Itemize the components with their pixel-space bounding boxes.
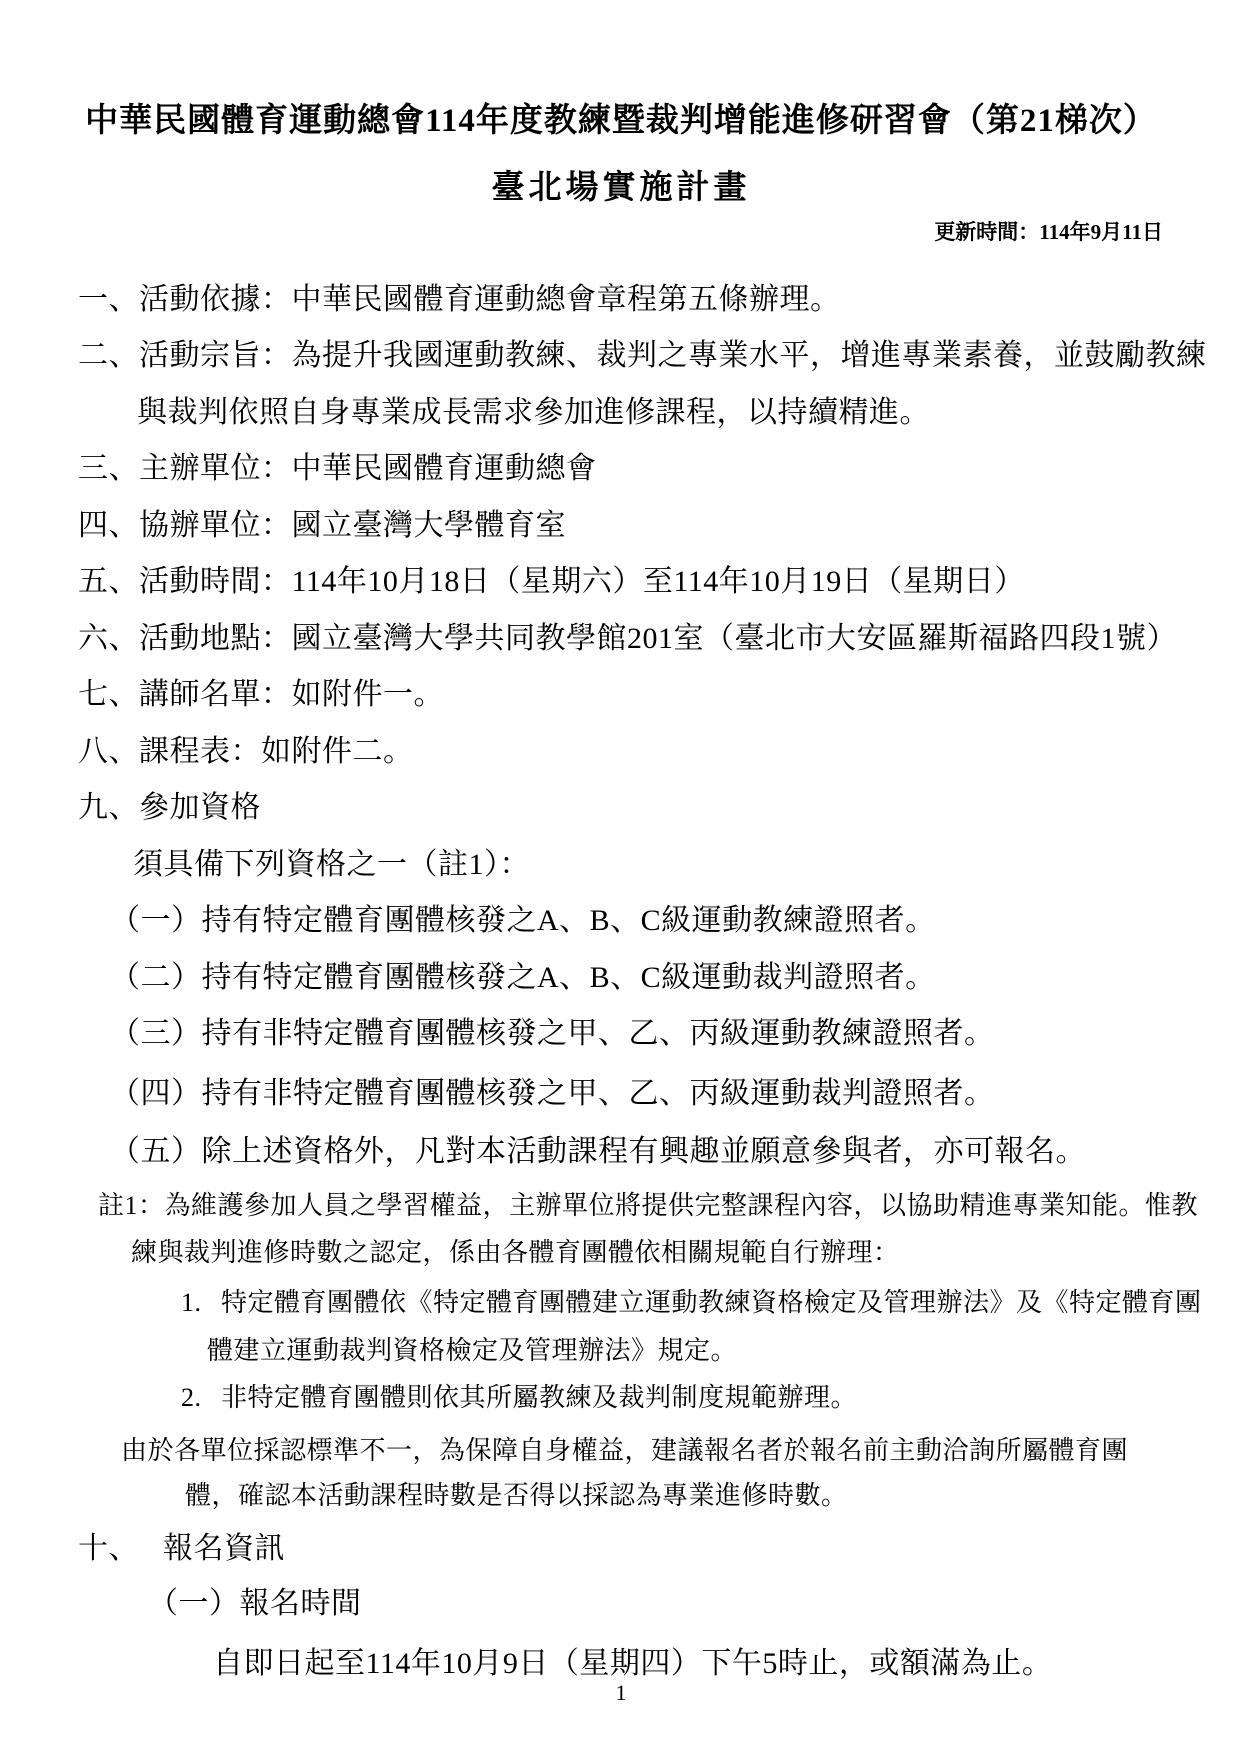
qualification-item-4: （四）持有非特定體育團體核發之甲、乙、丙級運動裁判證照者。	[110, 1075, 995, 1113]
item-9-eligibility: 九、參加資格	[78, 789, 261, 827]
note-1-tail-line1: 由於各單位採認標準不一，為保障自身權益，建議報名者於報名前主動洽詢所屬體育團	[121, 1435, 1128, 1468]
registration-time-heading: （一）報名時間	[148, 1585, 362, 1623]
registration-time-body: 自即日起至114年10月9日（星期四）下午5時止，或額滿為止。	[213, 1645, 1052, 1683]
item-10-text: 報名資訊	[163, 1532, 285, 1565]
note-subitem-2-text: 非特定體育團體則依其所屬教練及裁判制度規範辦理。	[221, 1383, 857, 1412]
item-10-registration-info: 十、報名資訊	[78, 1530, 285, 1568]
qualification-item-3: （三）持有非特定體育團體核發之甲、乙、丙級運動教練證照者。	[110, 1015, 995, 1053]
item-6-event-location: 六、活動地點：國立臺灣大學共同教學館201室（臺北市大安區羅斯福路四段1號）	[78, 620, 1177, 658]
note-subitem-2-number: 2.	[181, 1382, 221, 1415]
item-4-co-organizer: 四、協辦單位：國立臺灣大學體育室	[78, 507, 566, 545]
item-10-number: 十、	[78, 1530, 163, 1568]
item-1-basis: 一、活動依據：中華民國體育運動總會章程第五條辦理。	[78, 281, 841, 319]
item-2-purpose-line1: 二、活動宗旨：為提升我國運動教練、裁判之專業水平，增進專業素養，並鼓勵教練	[78, 337, 1207, 375]
item-3-organizer: 三、主辦單位：中華民國體育運動總會	[78, 450, 597, 488]
item-8-course-table: 八、課程表：如附件二。	[78, 733, 414, 771]
item-7-lecturer-list: 七、講師名單：如附件一。	[78, 676, 444, 714]
note-1-subitem-1-line1: 1.特定體育團體依《特定體育團體建立運動教練資格檢定及管理辦法》及《特定體育團	[181, 1287, 1202, 1320]
qualification-item-2: （二）持有特定體育團體核發之A、B、C級運動裁判證照者。	[110, 959, 936, 997]
update-time-label: 更新時間：114年9月11日	[934, 222, 1163, 243]
note-1-line2: 練與裁判進修時數之認定，係由各體育團體依相關規範自行辦理：	[131, 1237, 900, 1270]
note-subitem-1-number: 1.	[181, 1287, 221, 1320]
note-1-subitem-2: 2.非特定體育團體則依其所屬教練及裁判制度規範辦理。	[181, 1382, 857, 1415]
note-1-tail-line2: 體，確認本活動課程時數是否得以採認為專業進修時數。	[185, 1480, 848, 1513]
eligibility-intro: 須具備下列資格之一（註1）：	[133, 846, 530, 884]
note-subitem-1-text: 特定體育團體依《特定體育團體建立運動教練資格檢定及管理辦法》及《特定體育團	[221, 1288, 1202, 1317]
document-title: 中華民國體育運動總會114年度教練暨裁判增能進修研習會（第21梯次）	[0, 105, 1242, 138]
page-number: 1	[0, 1682, 1242, 1704]
document-page: 中華民國體育運動總會114年度教練暨裁判增能進修研習會（第21梯次） 臺北場實施…	[0, 0, 1242, 1756]
document-subtitle: 臺北場實施計畫	[0, 172, 1242, 205]
qualification-item-5: （五）除上述資格外，凡對本活動課程有興趣並願意參與者，亦可報名。	[110, 1133, 1086, 1171]
note-1-line1: 註1：為維護參加人員之學習權益，主辦單位將提供完整課程內容，以協助精進專業知能。…	[98, 1190, 1198, 1223]
qualification-item-1: （一）持有特定體育團體核發之A、B、C級運動教練證照者。	[110, 902, 936, 940]
note-1-subitem-1-line2: 體建立運動裁判資格檢定及管理辦法》規定。	[207, 1335, 737, 1368]
item-5-event-time: 五、活動時間：114年10月18日（星期六）至114年10月19日（星期日）	[78, 563, 1025, 601]
item-2-purpose-line2: 與裁判依照自身專業成長需求參加進修課程，以持續精進。	[137, 394, 930, 432]
